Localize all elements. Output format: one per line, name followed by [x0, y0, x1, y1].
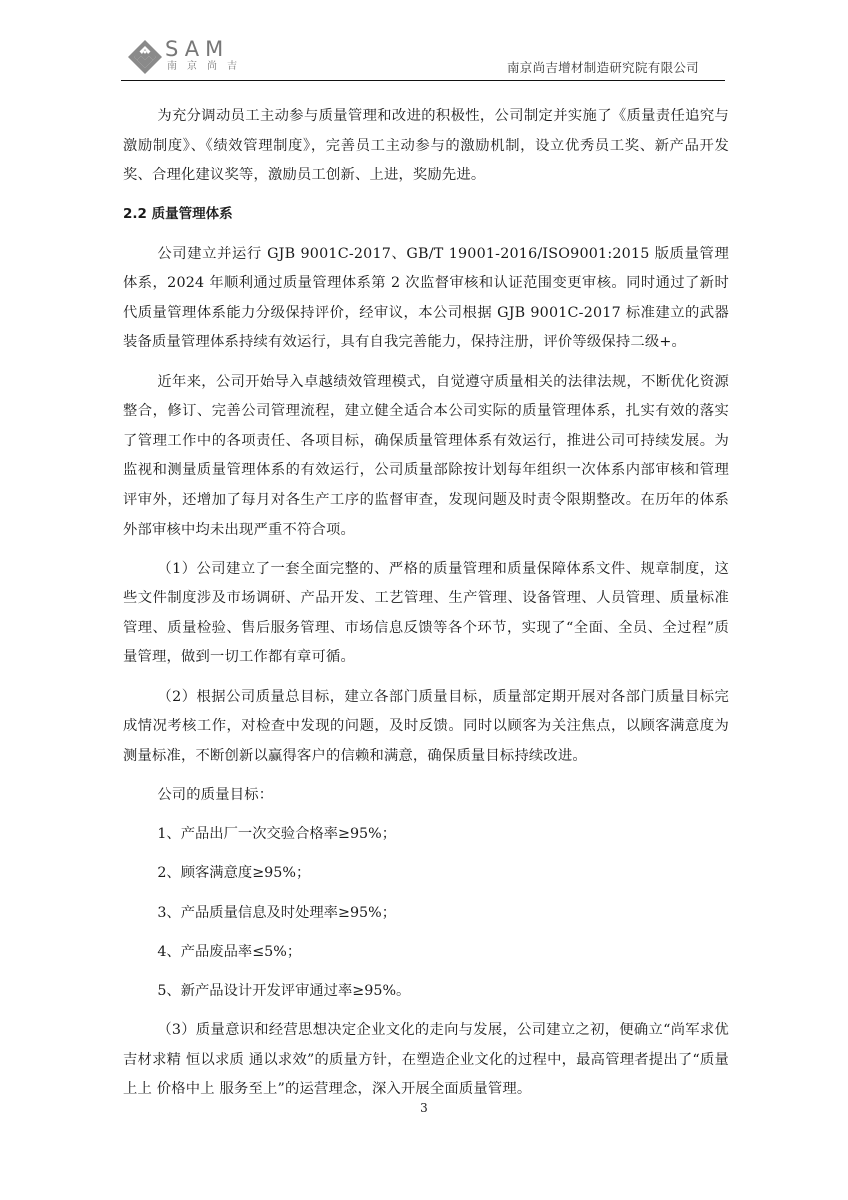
paragraph-excellence-model: 近年来，公司开始导入卓越绩效管理模式，自觉遵守质量相关的法律法规，不断优化资源整…	[123, 368, 729, 546]
sam-logo-icon	[127, 39, 163, 75]
goal-item: 3、产品质量信息及时处理率≥95%；	[123, 899, 729, 929]
document-body: 为充分调动员工主动参与质量管理和改进的积极性，公司制定并实施了《质量责任追究与激…	[123, 102, 729, 1115]
logo-text: SAM	[165, 38, 229, 60]
paragraph-point-3: （3）质量意识和经营思想决定企业文化的走向与发展，公司建立之初，便确立“尚军求优…	[123, 1016, 729, 1105]
section-heading: 2.2 质量管理体系	[123, 200, 729, 230]
goals-intro: 公司的质量目标：	[123, 781, 729, 811]
paragraph-qms-certification: 公司建立并运行 GJB 9001C-2017、GB/T 19001-2016/I…	[123, 240, 729, 358]
page-number: 3	[0, 1101, 848, 1115]
logo-subtext: 南京尚吉	[167, 61, 247, 73]
header-company-name: 南京尚吉增材制造研究院有限公司	[507, 58, 699, 76]
company-logo: SAM 南京尚吉	[127, 38, 267, 78]
goal-item: 1、产品出厂一次交验合格率≥95%；	[123, 820, 729, 850]
paragraph-point-1: （1）公司建立了一套全面完整的、严格的质量管理和质量保障体系文件、规章制度，这些…	[123, 555, 729, 673]
goal-item: 5、新产品设计开发评审通过率≥95%。	[123, 977, 729, 1007]
intro-paragraph: 为充分调动员工主动参与质量管理和改进的积极性，公司制定并实施了《质量责任追究与激…	[123, 102, 729, 191]
quality-goals-list: 1、产品出厂一次交验合格率≥95%； 2、顾客满意度≥95%； 3、产品质量信息…	[123, 820, 729, 1006]
goal-item: 2、顾客满意度≥95%；	[123, 859, 729, 889]
page-header: SAM 南京尚吉 南京尚吉增材制造研究院有限公司	[121, 38, 725, 81]
paragraph-point-2: （2）根据公司质量总目标，建立各部门质量目标，质量部定期开展对各部门质量目标完成…	[123, 683, 729, 772]
goal-item: 4、产品废品率≤5%；	[123, 938, 729, 968]
